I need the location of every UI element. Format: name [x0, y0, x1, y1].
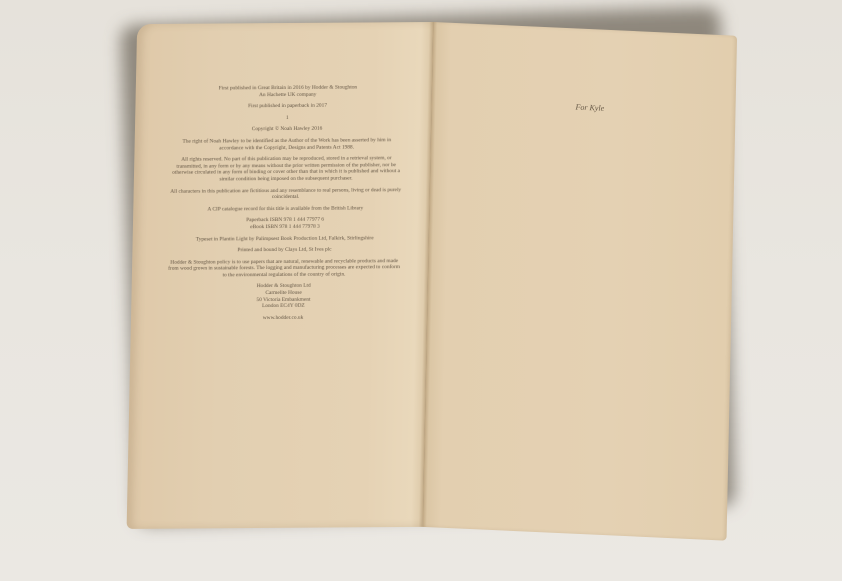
paragraph-isbn: Paperback ISBN 978 1 444 77977 6 eBook I… — [169, 216, 401, 231]
copyright-text: First published in Great Britain in 2016… — [167, 84, 404, 327]
dedication-text: For Kyle — [575, 102, 604, 112]
paragraph-publisher-address: Hodder & Stoughton Ltd Carmelite House 5… — [167, 283, 400, 311]
paragraph-printing-number: 1 — [171, 114, 403, 122]
paragraph-all-rights: All rights reserved. No part of this pub… — [170, 155, 403, 183]
paragraph-copyright: Copyright © Noah Hawley 2016 — [171, 126, 403, 134]
dedication-page: For Kyle — [423, 22, 737, 541]
paragraph-website: www.hodder.co.uk — [167, 314, 399, 322]
open-book: First published in Great Britain in 2016… — [127, 16, 737, 533]
paragraph-paper-policy: Hodder & Stoughton policy is to use pape… — [168, 258, 400, 279]
copyright-page: First published in Great Britain in 2016… — [127, 22, 434, 529]
paragraph-first-published: First published in Great Britain in 2016… — [172, 84, 404, 99]
paragraph-typeset: Typeset in Plantin Light by Palimpsest B… — [169, 235, 401, 243]
paragraph-cip: A CIP catalogue record for this title is… — [169, 205, 401, 213]
paragraph-printed: Printed and bound by Clays Ltd, St Ives … — [168, 246, 400, 254]
paragraph-fiction-disclaimer: All characters in this publication are f… — [169, 187, 401, 202]
paragraph-author-rights: The right of Noah Hawley to be identifie… — [171, 137, 403, 152]
paragraph-paperback: First published in paperback in 2017 — [171, 102, 403, 110]
